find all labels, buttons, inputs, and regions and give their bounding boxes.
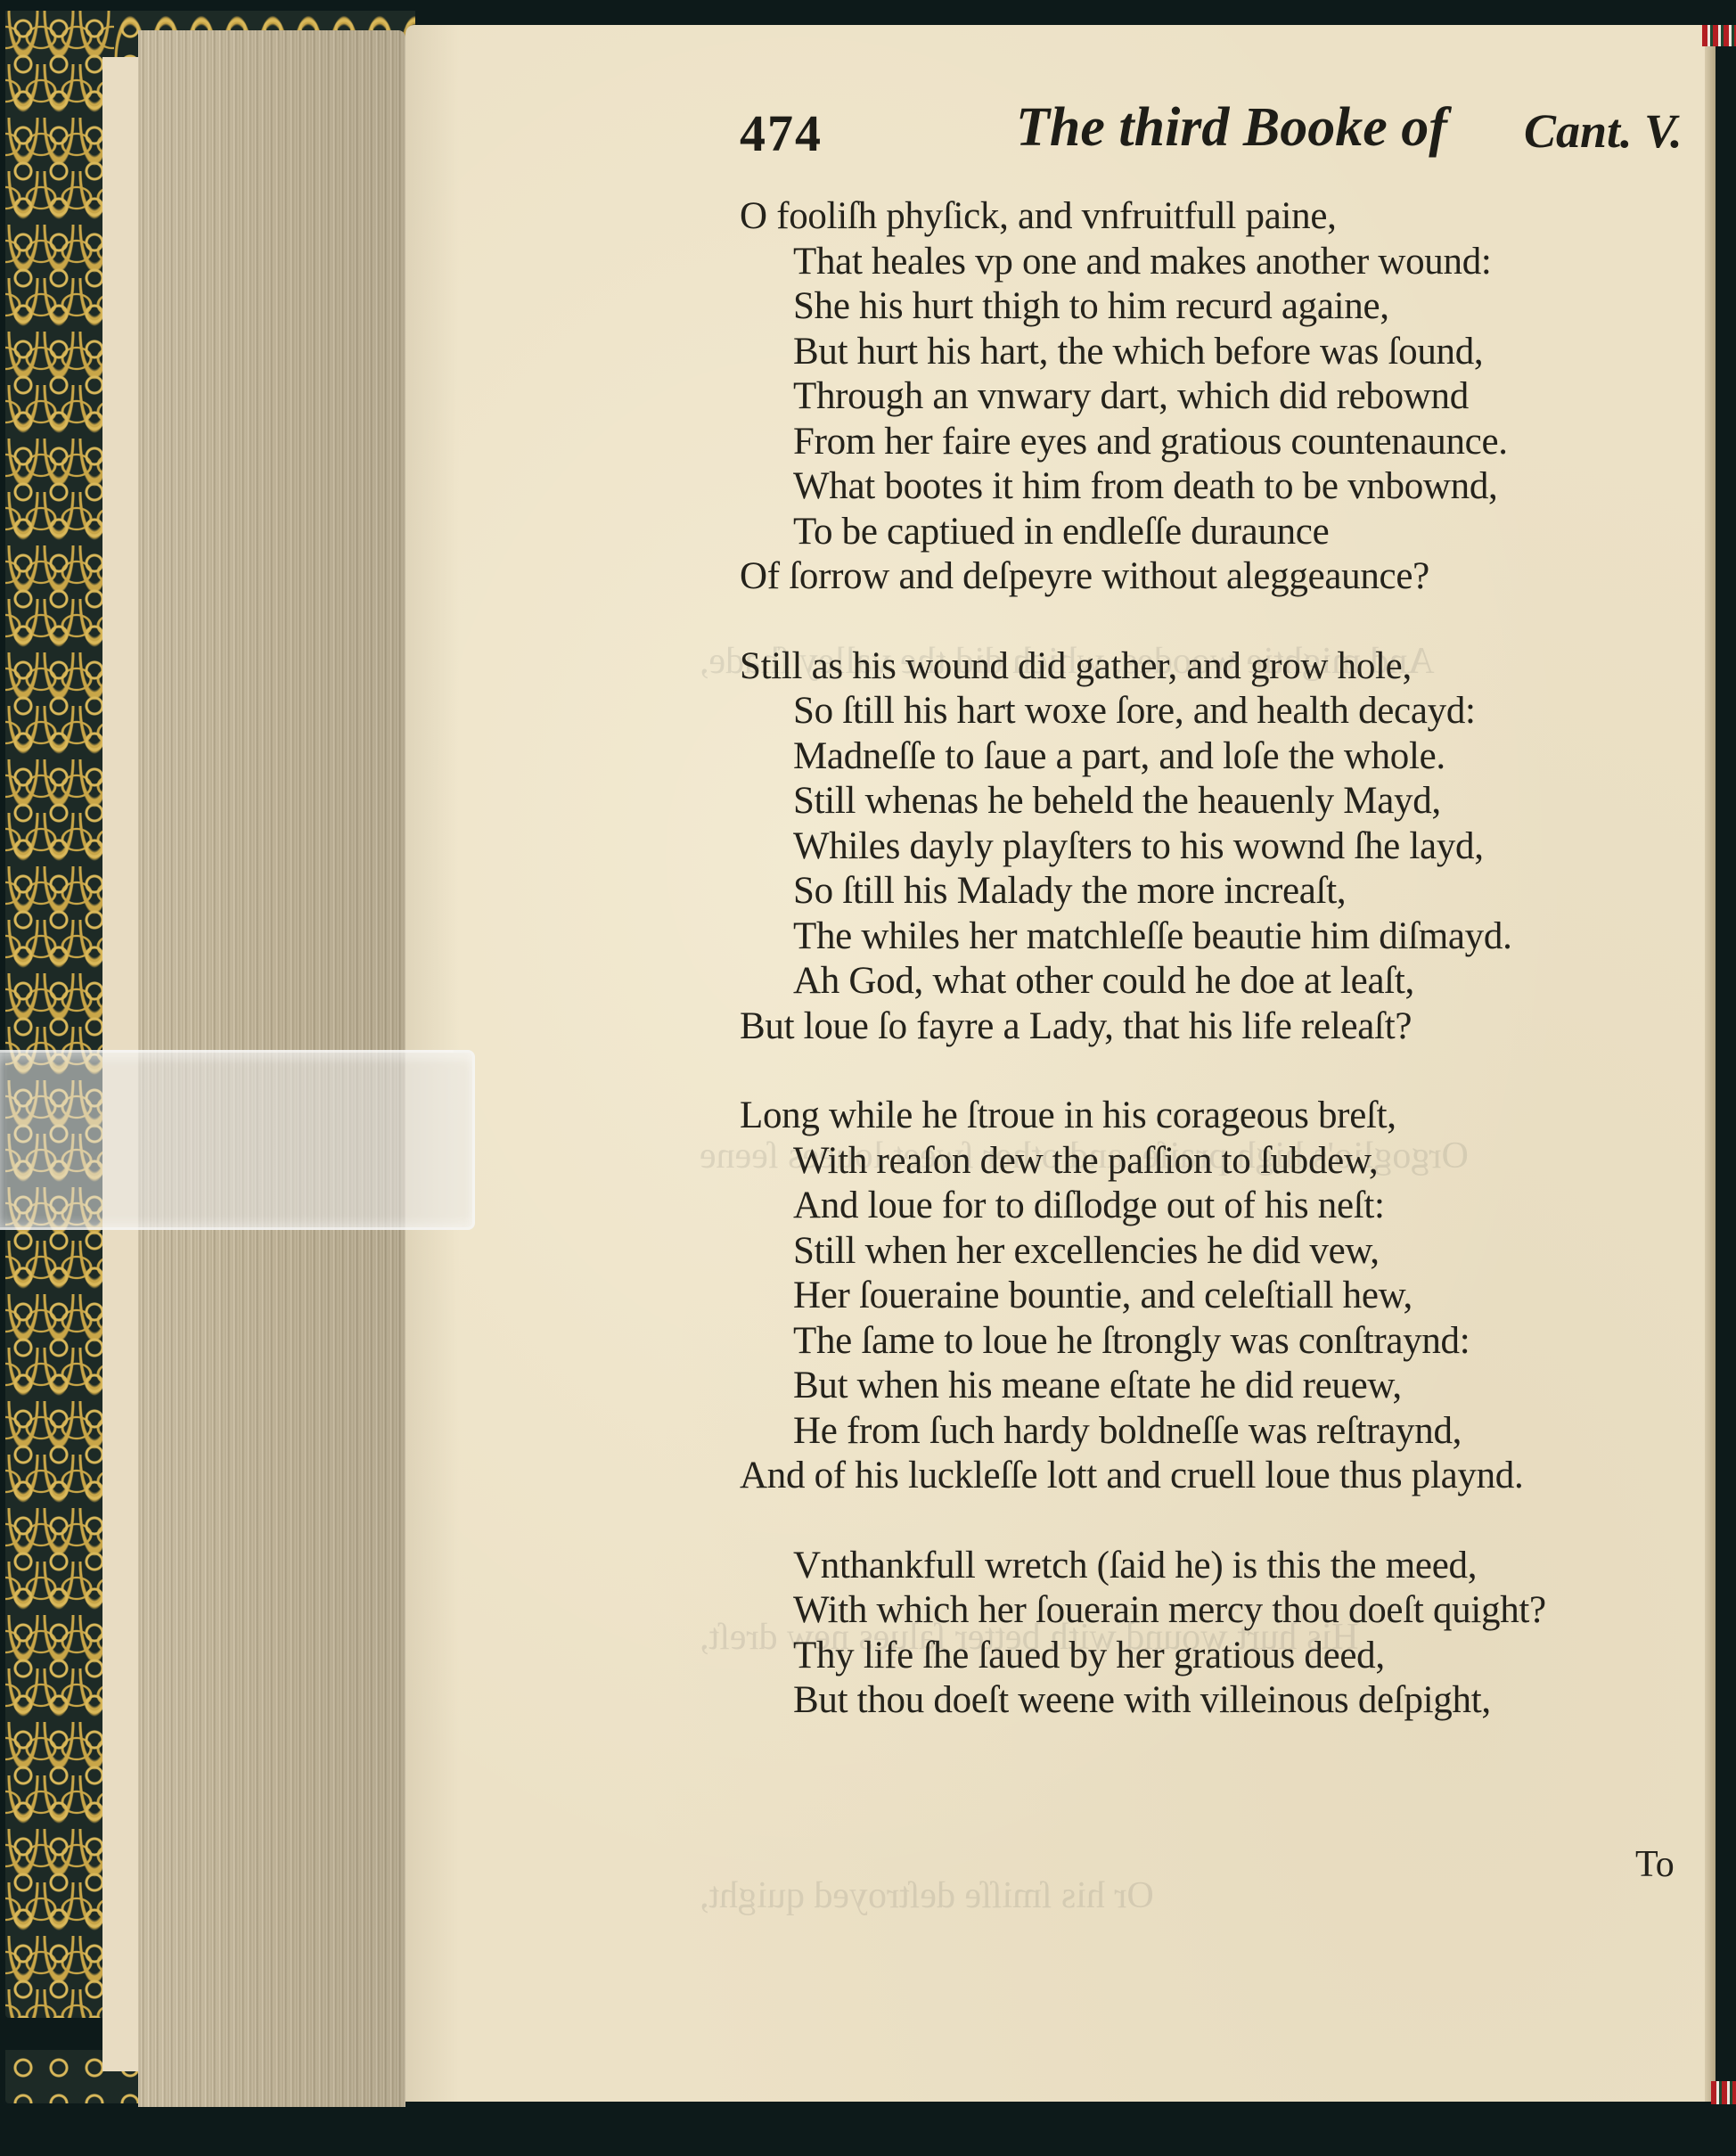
- verse-line: Through an vnwary dart, which did rebown…: [740, 374, 1720, 420]
- verse-line: From her faire eyes and gratious counten…: [740, 420, 1720, 465]
- headband-top: [1702, 25, 1736, 46]
- stanza: Vnthankfull wretch (ſaid he) is this the…: [740, 1544, 1720, 1724]
- verse-line: So ſtill his hart woxe ſore, and health …: [740, 689, 1720, 734]
- verse-line: And of his luckleſſe lott and cruell lou…: [740, 1454, 1720, 1499]
- verse-line: Still whenas he beheld the heauenly Mayd…: [740, 779, 1720, 824]
- verse-line: Vnthankfull wretch (ſaid he) is this the…: [740, 1544, 1720, 1589]
- verse-line: Long while he ſtroue in his corageous br…: [740, 1094, 1720, 1139]
- verse-line: Whiles dayly playſters to his wownd ſhe …: [740, 824, 1720, 870]
- verse-line: But thou doeſt weene with villeinous deſ…: [740, 1678, 1720, 1724]
- verse-line: Still as his wound did gather, and grow …: [740, 644, 1720, 690]
- verse-line: And loue for to diſlodge out of his neſt…: [740, 1184, 1720, 1229]
- verse-line: With which her ſouerain mercy thou doeſt…: [740, 1588, 1720, 1634]
- verse-line: Of ſorrow and deſpeyre without aleggeaun…: [740, 554, 1720, 600]
- verse-line: But when his meane eſtate he did reuew,: [740, 1364, 1720, 1409]
- transparent-page-clip: [0, 1050, 475, 1230]
- headband-bottom: [1711, 2081, 1736, 2104]
- verse-line: The whiles her matchleſſe beautie him di…: [740, 914, 1720, 960]
- stanza: Long while he ſtroue in his corageous br…: [740, 1094, 1720, 1499]
- verse-line: But hurt his hart, the which before was …: [740, 330, 1720, 375]
- show-through-text: Or his ſmiſſe deſtroyed quight,: [700, 1874, 1154, 1917]
- verse-line: Her ſoueraine bountie, and celeſtiall he…: [740, 1274, 1720, 1319]
- canto-label: Cant. V.: [1524, 103, 1683, 159]
- verse-line: What bootes it him from death to be vnbo…: [740, 464, 1720, 510]
- verse-line: Ah God, what other could he doe at leaſt…: [740, 959, 1720, 1004]
- running-head: 474 The third Booke of Cant. V.: [740, 103, 1702, 184]
- page-number: 474: [740, 103, 823, 163]
- stanza: O fooliſh phyſick, and vnfruitfull paine…: [740, 194, 1720, 600]
- running-title: The third Booke of: [1016, 96, 1447, 160]
- verse-line: The ſame to loue he ſtrongly was conſtra…: [740, 1319, 1720, 1365]
- verse-line: Thy life ſhe ſaued by her gratious deed,: [740, 1634, 1720, 1679]
- verse-line: That heales vp one and makes another wou…: [740, 240, 1720, 285]
- verse-line: So ſtill his Malady the more increaſt,: [740, 869, 1720, 914]
- verse-line: Still when her excellencies he did vew,: [740, 1229, 1720, 1275]
- verse-line: Madneſſe to ſaue a part, and loſe the wh…: [740, 734, 1720, 780]
- verse-line: O fooliſh phyſick, and vnfruitfull paine…: [740, 194, 1720, 240]
- verse-line: He from ſuch hardy boldneſſe was reſtray…: [740, 1409, 1720, 1455]
- verse-line: But loue ſo fayre a Lady, that his life …: [740, 1004, 1720, 1050]
- verse-line: She his hurt thigh to him recurd againe,: [740, 284, 1720, 330]
- verse-body: O fooliſh phyſick, and vnfruitfull paine…: [740, 194, 1720, 1768]
- stanza: Still as his wound did gather, and grow …: [740, 644, 1720, 1050]
- book-page: And mightie woodes, which did the valley…: [405, 25, 1716, 2102]
- verse-line: With reaſon dew the paſſion to ſubdew,: [740, 1139, 1720, 1185]
- gilt-cover-left-border: [5, 11, 114, 2018]
- verse-line: To be captiued in endleſſe duraunce: [740, 510, 1720, 555]
- catchword: To: [1635, 1843, 1675, 1886]
